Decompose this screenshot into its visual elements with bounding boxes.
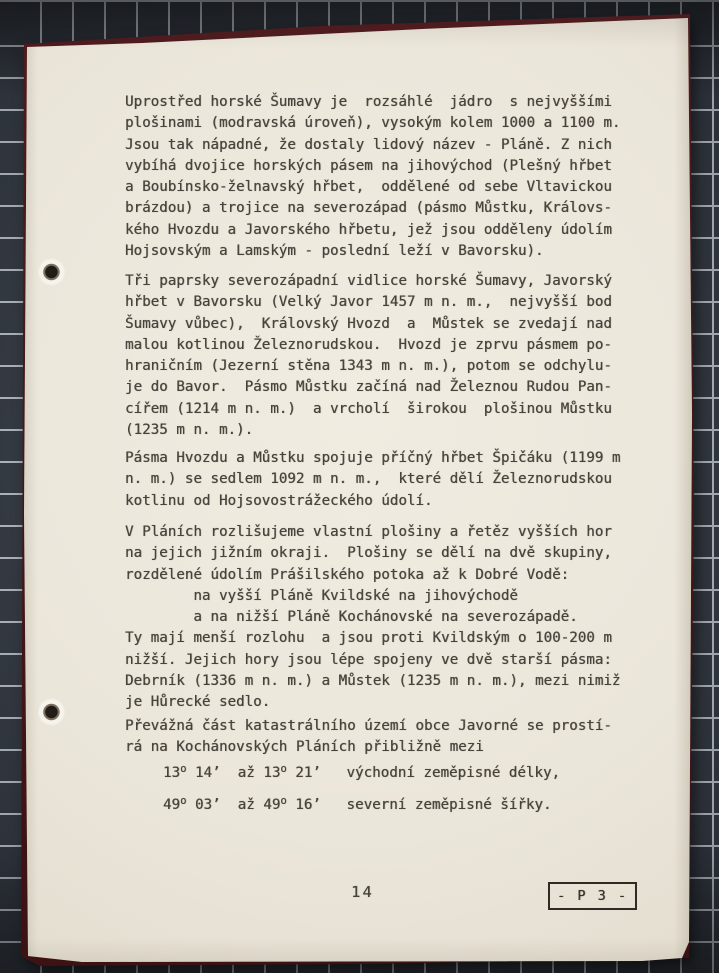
- text-line: n. m.) se sedlem 1092 m n. m., které děl…: [125, 469, 665, 490]
- stamp-label: - P 3 -: [557, 888, 628, 904]
- text-line: je do Bavor. Pásmo Můstku začíná nad Žel…: [125, 377, 665, 398]
- text-line: nižší. Jejich hory jsou lépe spojeny ve …: [125, 650, 665, 671]
- stamp-box: - P 3 -: [548, 882, 637, 910]
- latitude-line: 49o 03’ až 49o 16’ severní zeměpisné šíř…: [163, 795, 560, 827]
- text-line: Tři paprsky severozápadní vidlice horské…: [125, 271, 665, 292]
- longitude-line: 13o 14’ až 13o 21’ východní zeměpisné dé…: [163, 763, 560, 795]
- paragraph-1: Uprostřed horské Šumavy je rozsáhlé jádr…: [125, 92, 665, 262]
- punch-hole-top: [38, 258, 66, 286]
- sheet-wrap: Uprostřed horské Šumavy je rozsáhlé jádr…: [0, 0, 719, 973]
- text-line: kotlinu od Hojsovostrážeckého údolí.: [125, 491, 665, 512]
- text-line: brázdou) a trojice na severozápad (pásmo…: [125, 198, 665, 219]
- text-line: na vyšší Pláně Kvildské na jihovýchodě: [125, 586, 665, 607]
- text-line: Hojsovským a Lamským - poslední leží v B…: [125, 241, 665, 262]
- text-line: je Hůrecké sedlo.: [125, 692, 665, 713]
- text-line: cířem (1214 m n. m.) a vrcholí širokou p…: [125, 399, 665, 420]
- punch-hole-bottom: [38, 698, 66, 726]
- text-line: Ty mají menší rozlohu a jsou proti Kvild…: [125, 628, 665, 649]
- text-line: hraničním (Jezerní stěna 1343 m n. m.), …: [125, 356, 665, 377]
- paper-sheet: Uprostřed horské Šumavy je rozsáhlé jádr…: [22, 14, 694, 964]
- text-line: malou kotlinou Železnorudskou. Hvozd je …: [125, 335, 665, 356]
- text-line: Šumavy vůbec), Královský Hvozd a Můstek …: [125, 314, 665, 335]
- text-line: Převážná část katastrálního území obce J…: [125, 716, 665, 737]
- text-line: Debrník (1336 m n. m.) a Můstek (1235 m …: [125, 671, 665, 692]
- text-line: kého Hvozdu a Javorského hřbetu, jež jso…: [125, 220, 665, 241]
- paragraph-5: Převážná část katastrálního území obce J…: [125, 716, 665, 759]
- text-line: (1235 m n. m.).: [125, 420, 665, 441]
- text-line: rá na Kochánovských Pláních přibližně me…: [125, 737, 665, 758]
- page-number: 14: [351, 883, 374, 901]
- text-line: Uprostřed horské Šumavy je rozsáhlé jádr…: [125, 92, 665, 113]
- text-line: a na nižší Pláně Kochánovské na severozá…: [125, 607, 665, 628]
- coordinates-block: 13o 14’ až 13o 21’ východní zeměpisné dé…: [163, 763, 560, 827]
- paragraph-2: Tři paprsky severozápadní vidlice horské…: [125, 271, 665, 441]
- text-line: Pásma Hvozdu a Můstku spojuje příčný hřb…: [125, 448, 665, 469]
- text-line: Jsou tak nápadné, že dostaly lidový náze…: [125, 135, 665, 156]
- paragraph-3: Pásma Hvozdu a Můstku spojuje příčný hřb…: [125, 448, 665, 512]
- text-line: rozdělené údolím Prášilského potoka až k…: [125, 565, 665, 586]
- text-line: hřbet v Bavorsku (Velký Javor 1457 m n. …: [125, 292, 665, 313]
- text-line: vybíhá dvojice horských pásem na jihovýc…: [125, 156, 665, 177]
- text-line: a Boubínsko-želnavský hřbet, oddělené od…: [125, 177, 665, 198]
- text-line: V Pláních rozlišujeme vlastní plošiny a …: [125, 522, 665, 543]
- text-line: plošinami (modravská úroveň), vysokým ko…: [125, 113, 665, 134]
- paragraph-4: V Pláních rozlišujeme vlastní plošiny a …: [125, 522, 665, 714]
- text-line: na jejich jižním okraji. Plošiny se dělí…: [125, 543, 665, 564]
